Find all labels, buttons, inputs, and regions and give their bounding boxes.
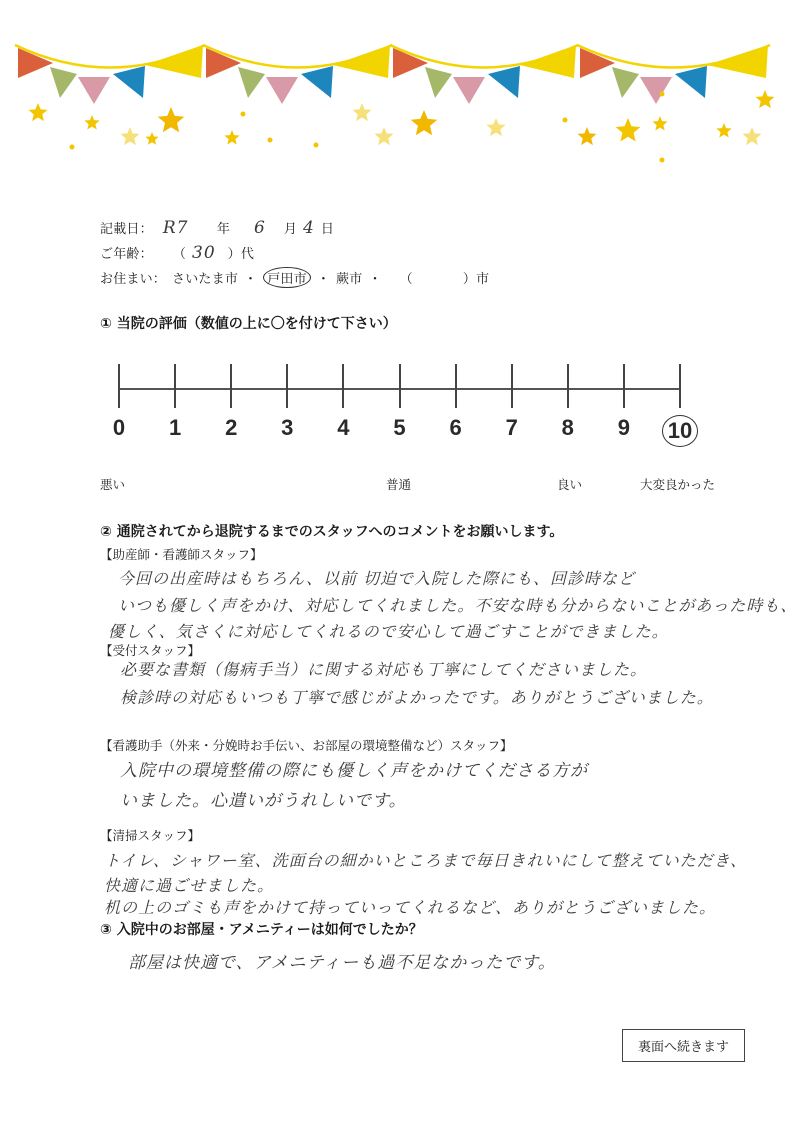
scale-tick [174,364,176,408]
scale-tick [567,364,569,408]
date-month-value[interactable]: 6 [254,218,266,238]
scale-tick [230,364,232,408]
residence-option-warabi[interactable]: 蕨市 [336,268,362,287]
scale-value-selected[interactable]: 10 [660,415,700,447]
scale-value[interactable]: 3 [267,415,307,441]
residence-separator: ・ [317,268,330,287]
continue-on-back-label: 裏面へ続きます [622,1029,745,1062]
comment-assistant-line-1[interactable]: 入院中の環境整備の際にも優しく声をかけてくださる方が [120,756,588,781]
comment-reception-line-2[interactable]: 検診時の対応もいつも丁寧で感じがよかったです。ありがとうございました。 [120,685,714,708]
scale-value[interactable]: 9 [604,415,644,441]
residence-other-open: （ [400,268,413,287]
comment-nurse-line-1[interactable]: 今回の出産時はもちろん、以前 切迫で入院した際にも、回診時など [118,566,635,589]
comment-nurse-line-3[interactable]: 優しく、気さくに対応してくれるので安心して過ごすことができました。 [108,619,669,642]
scale-tick [342,364,344,408]
comment-cleaning-line-3[interactable]: 机の上のゴミも声をかけて持っていってくれるなど、ありがとうございました。 [104,895,716,918]
group-label-cleaning: 【清掃スタッフ】 [100,826,200,844]
residence-option-toda-selected[interactable]: 戸田市 [263,267,311,288]
age-label: ご年齢： [100,243,153,262]
comment-nurse-line-2[interactable]: いつも優しく声をかけ、対応してくれました。不安な時も分からないことがあった時も、 [118,593,797,616]
rating-scale: 012345678910 悪い 普通 良い 大変良かった [100,355,740,505]
amenity-answer[interactable]: 部屋は快適で、アメニティーも過不足なかったです。 [128,948,556,973]
age-field: ご年齢： （ 30 ）代 [100,243,254,263]
section2-title: ② 通院されてから退院するまでのスタッフへのコメントをお願いします。 [100,521,563,541]
age-close-paren: ）代 [228,243,254,262]
comment-assistant-line-2[interactable]: いました。心遣いがうれしいです。 [120,786,407,811]
group-label-nurse: 【助産師・看護師スタッフ】 [100,545,263,563]
scale-value[interactable]: 5 [380,415,420,441]
bunting-banner [0,30,800,170]
scale-tick [511,364,513,408]
day-unit: 日 [321,218,334,237]
bunting-flags-icon [0,30,800,170]
scale-label-very-good: 大変良かった [640,475,715,493]
residence-separator: ・ [368,268,381,287]
month-unit: 月 [284,218,297,237]
scale-tick [399,364,401,408]
scale-label-bad: 悪い [100,475,125,493]
scale-value[interactable]: 2 [211,415,251,441]
residence-other-close: ）市 [463,268,489,287]
date-label: 記載日： [100,218,153,237]
scale-label-good: 良い [557,475,582,493]
date-day-value[interactable]: 4 [303,218,315,238]
scale-tick [118,364,120,408]
date-field: 記載日： R7 年 6 月 4 日 [100,218,334,238]
scale-value[interactable]: 0 [99,415,139,441]
residence-field: お住まい： さいたま市 ・ 戸田市 ・ 蕨市 ・ （ ）市 [100,267,489,288]
group-label-assistant: 【看護助手（外来・分娩時お手伝い、お部屋の環境整備など）スタッフ】 [100,736,513,754]
comment-reception-line-1[interactable]: 必要な書類（傷病手当）に関する対応も丁寧にしてくださいました。 [120,657,647,680]
continue-text: 裏面へ続きます [638,1036,729,1055]
scale-value[interactable]: 1 [155,415,195,441]
scale-value[interactable]: 4 [323,415,363,441]
residence-label: お住まい： [100,268,166,287]
age-value[interactable]: 30 [192,243,216,263]
section1-title: ① 当院の評価（数値の上に〇を付けて下さい） [100,313,397,333]
scale-tick [623,364,625,408]
residence-option-saitama[interactable]: さいたま市 [172,268,238,287]
scale-value[interactable]: 8 [548,415,588,441]
year-unit: 年 [217,218,230,237]
scale-tick [679,364,681,408]
comment-cleaning-line-1[interactable]: トイレ、シャワー室、洗面台の細かいところまで毎日きれいにして整えていただき、 [104,848,747,871]
section3-title: ③ 入院中のお部屋・アメニティーは如何でしたか？ [100,919,423,939]
residence-separator: ・ [244,268,257,287]
scale-value[interactable]: 7 [492,415,532,441]
scale-tick [286,364,288,408]
date-era-value[interactable]: R7 [163,218,211,238]
age-open-paren: （ [173,243,186,262]
scale-label-normal: 普通 [386,475,411,493]
comment-cleaning-line-2[interactable]: 快適に過ごせました。 [104,873,274,896]
scale-value[interactable]: 6 [436,415,476,441]
scale-tick [455,364,457,408]
